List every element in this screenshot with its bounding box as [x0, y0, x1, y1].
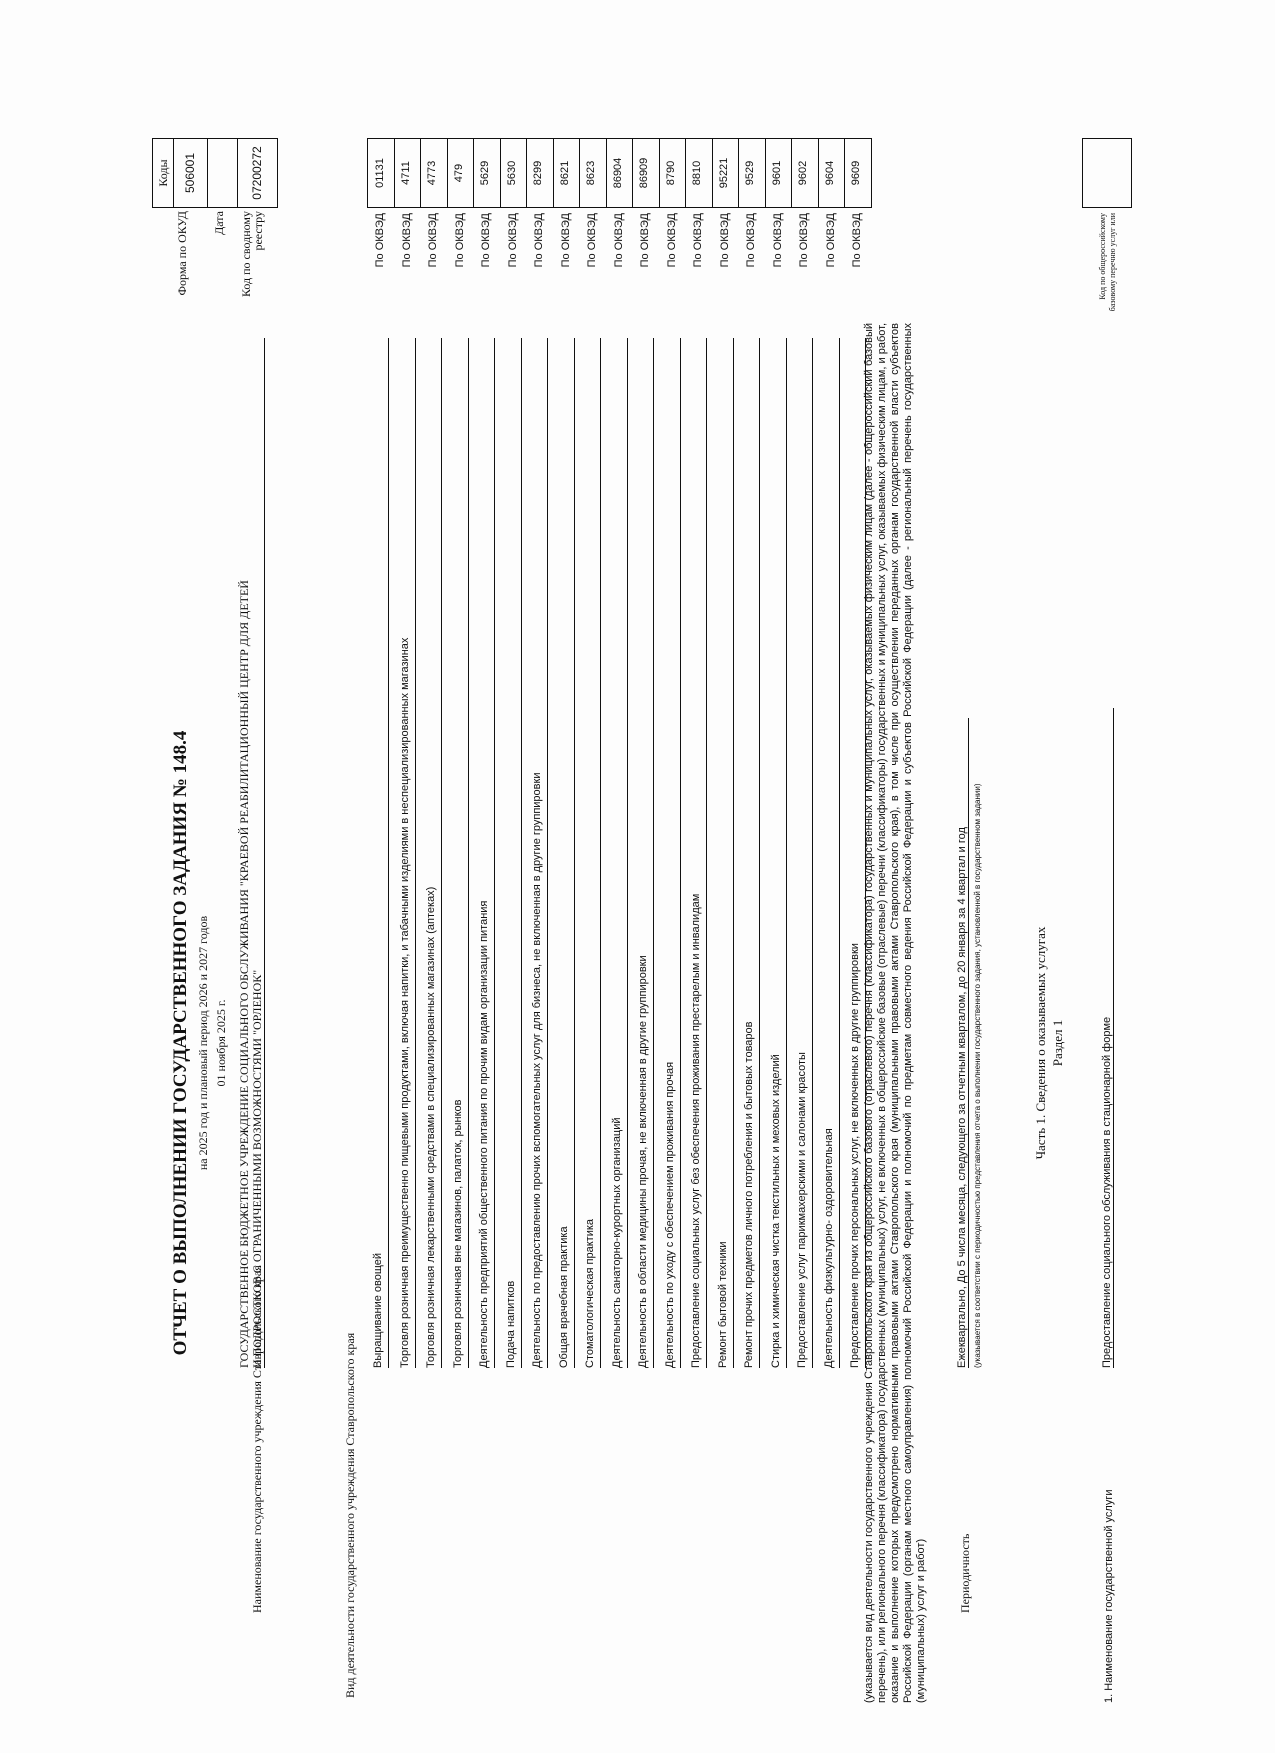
okved-code: 8621: [553, 138, 581, 208]
activity-row: Торговля розничная вне магазинов, палато…: [450, 338, 469, 1368]
okved-label: По ОКВЭД: [772, 213, 784, 313]
institution-name-line2: И ПОДРОСТКОВ С ОГРАНИЧЕННЫМИ ВОЗМОЖНОСТЯ…: [251, 338, 264, 1368]
activity-row: Подача напитков: [503, 338, 522, 1368]
okved-label: По ОКВЭД: [851, 213, 863, 313]
okved-label: По ОКВЭД: [427, 213, 439, 313]
okved-label: По ОКВЭД: [480, 213, 492, 313]
activity-row: Торговля розничная преимущественно пищев…: [397, 338, 416, 1368]
periodicity-value: Ежеквартально, До 5 числа месяца, следую…: [956, 718, 969, 1368]
okved-label: По ОКВЭД: [666, 213, 678, 313]
registry-label: Код по сводному реестру: [240, 211, 264, 303]
activity-row: Стоматологическая практика: [582, 338, 601, 1368]
document-page: ОТЧЕТ О ВЫПОЛНЕНИИ ГОСУДАРСТВЕННОГО ЗАДА…: [0, 0, 1275, 1753]
registry-code: 07200272: [238, 138, 278, 208]
codes-header: Коды: [152, 138, 174, 208]
okved-code: 4711: [394, 138, 422, 208]
okved-code: 5629: [473, 138, 501, 208]
okved-code: 95221: [712, 138, 740, 208]
activity-row: Деятельность санаторно-курортных организ…: [609, 338, 628, 1368]
okved-label: По ОКВЭД: [533, 213, 545, 313]
okved-code: 9609: [844, 138, 872, 208]
okud-label: Форма по ОКУД: [176, 211, 188, 303]
service-code-box: [1082, 138, 1132, 208]
date-label: Дата: [212, 211, 227, 303]
okved-label: По ОКВЭД: [401, 213, 413, 313]
okved-label: По ОКВЭД: [586, 213, 598, 313]
okved-code: 4773: [420, 138, 448, 208]
okved-code: 9602: [791, 138, 819, 208]
activity-row: Предоставление социальных услуг без обес…: [688, 338, 707, 1368]
activity-row: Предоставление услуг парикмахерскими и с…: [794, 338, 813, 1368]
okved-label: По ОКВЭД: [613, 213, 625, 313]
date-code: [208, 138, 238, 208]
activity-row: Деятельность по уходу с обеспечением про…: [662, 338, 681, 1368]
okved-code: 8810: [685, 138, 713, 208]
okved-label: По ОКВЭД: [825, 213, 837, 313]
part-title: Часть 1. Сведения о оказываемых услугах: [1033, 333, 1049, 1753]
okved-code: 01131: [367, 138, 395, 208]
okved-code: 8623: [579, 138, 607, 208]
okved-code: 86904: [606, 138, 634, 208]
report-date: 01 ноября 2025 г.: [214, 333, 229, 1753]
okved-label: По ОКВЭД: [454, 213, 466, 313]
okved-label: По ОКВЭД: [639, 213, 651, 313]
activity-row: Деятельность предприятий общественного п…: [476, 338, 495, 1368]
service-code-label: Код по общероссийскому базовому перечню …: [1098, 213, 1118, 313]
institution-name: ГОСУДАРСТВЕННОЕ БЮДЖЕТНОЕ УЧРЕЖДЕНИЕ СОЦ…: [238, 338, 265, 1368]
okved-label: По ОКВЭД: [507, 213, 519, 313]
okved-code: 86909: [632, 138, 660, 208]
activity-row: Деятельность физкультурно- оздоровительн…: [821, 338, 840, 1368]
activity-row: Торговля розничная лекарственными средст…: [423, 338, 442, 1368]
section-title: Раздел 1: [1050, 333, 1066, 1753]
okved-code: 9604: [818, 138, 846, 208]
activity-row: Деятельность в области медицины прочая, …: [635, 338, 654, 1368]
activity-row: Общая врачебная практика: [556, 338, 575, 1368]
okved-code: 5630: [500, 138, 528, 208]
activity-row: Ремонт бытовой техники: [715, 338, 734, 1368]
activity-note: (указывается вид деятельности государств…: [863, 323, 928, 1703]
periodicity-label: Периодичность: [958, 1534, 973, 1613]
okved-label: По ОКВЭД: [745, 213, 757, 313]
activity-row: Ремонт прочих предметов личного потребле…: [741, 338, 760, 1368]
service-label: 1. Наименование государственной услуги: [1103, 1489, 1115, 1703]
okved-code: 8299: [526, 138, 554, 208]
okved-code: 9529: [738, 138, 766, 208]
activity-row: Деятельность по предоставлению прочих вс…: [529, 338, 548, 1368]
okved-label: По ОКВЭД: [374, 213, 386, 313]
activity-row: Выращивание овощей: [370, 338, 389, 1368]
report-period: на 2025 год и плановый период 2026 и 202…: [196, 333, 211, 1753]
activity-label: Вид деятельности государственного учрежд…: [343, 1333, 358, 1698]
service-name: Предоставление социального обслуживания …: [1101, 708, 1114, 1368]
activity-row: Стирка и химическая чистка текстильных и…: [768, 338, 787, 1368]
okved-label: По ОКВЭД: [692, 213, 704, 313]
periodicity-hint: (указывается в соответствии с периодично…: [973, 783, 982, 1368]
okved-label: По ОКВЭД: [719, 213, 731, 313]
okved-label: По ОКВЭД: [560, 213, 572, 313]
okved-code: 9601: [765, 138, 793, 208]
okud-code: 506001: [174, 138, 208, 208]
okved-code: 8790: [659, 138, 687, 208]
report-title: ОТЧЕТ О ВЫПОЛНЕНИИ ГОСУДАРСТВЕННОГО ЗАДА…: [170, 333, 192, 1753]
okved-code: 479: [447, 138, 475, 208]
okved-label: По ОКВЭД: [798, 213, 810, 313]
